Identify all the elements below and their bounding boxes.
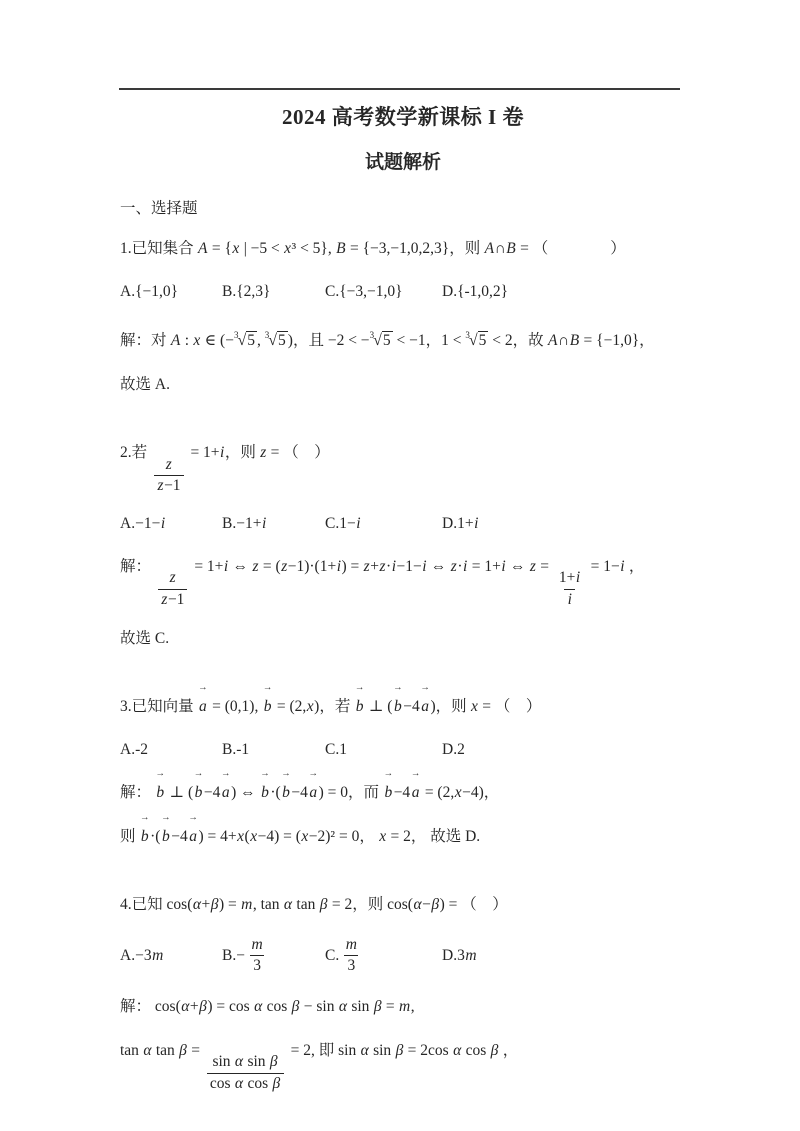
option: D.3m <box>442 944 686 968</box>
vector: →a <box>220 778 231 808</box>
text-run: 2.若 <box>120 444 151 461</box>
text-run: B. <box>222 512 236 536</box>
math-run: tan α tan β = <box>120 1042 204 1059</box>
fraction: m3 <box>248 936 266 976</box>
fraction: sin α sin βcos α cos β <box>207 1053 284 1093</box>
math-run: x = 2 <box>379 828 411 845</box>
vector-letter: b <box>194 784 203 801</box>
question-stem: 4.已知 cos(α+β) = m, tan α tan β = 2，则 cos… <box>120 890 686 920</box>
denominator: cos α cos β <box>207 1073 284 1094</box>
math-run: {-1,0,2} <box>457 280 508 304</box>
text-run: ， <box>426 332 442 349</box>
header-rule <box>119 88 680 90</box>
text-run: 故选 C. <box>120 630 169 647</box>
denominator: z−1 <box>154 475 184 496</box>
math-run: −1+i <box>236 512 267 536</box>
text-run: A.-2 <box>120 738 148 762</box>
text-run: 解： <box>120 784 155 801</box>
math-run: = 1+i <box>187 444 225 461</box>
math-run: , <box>257 332 265 349</box>
text-run: 故选 A. <box>120 376 170 393</box>
math-run: < −1 <box>393 332 426 349</box>
math-run: 1 < <box>441 332 465 349</box>
math-run: cos(α+β) = m, tan α tan β = 2 <box>167 896 353 913</box>
solution-line: 解： →b ⊥ (→b−4→a) ⇔ →b·(→b−4→a) = 0，而 →b−… <box>120 778 686 808</box>
radicand: 5 <box>478 331 489 349</box>
vector: →a <box>420 692 431 722</box>
question-block: 3.已知向量 →a = (0,1), →b = (2,x)，若 →b ⊥ (→b… <box>120 692 686 852</box>
numerator: m <box>342 936 360 956</box>
text-run: ，且 <box>293 332 328 349</box>
vector-arrow-icon: → <box>220 770 231 780</box>
vector-letter: b <box>393 698 402 715</box>
math-run: {2,3} <box>236 280 270 304</box>
radicand: 5 <box>382 331 393 349</box>
solution-line: 解： cos(α+β) = cos α cos β − sin α sin β … <box>120 992 686 1022</box>
math-run: sin α sin β = 2cos α cos β <box>338 1042 499 1059</box>
page-title: 2024 高考数学新课标 I 卷 <box>120 102 686 132</box>
document-page: 2024 高考数学新课标 I 卷 试题解析 一、选择题 1.已知集合 A = {… <box>0 0 800 1131</box>
text-run: ， <box>625 558 644 575</box>
math-run: = 1−i <box>587 558 625 575</box>
vector-letter: b <box>384 784 393 801</box>
text-run: C. <box>325 512 339 536</box>
fraction: zz−1 <box>154 456 184 496</box>
vector-arrow-icon: → <box>262 684 273 694</box>
vector: →b <box>383 778 394 808</box>
numerator: z <box>166 569 179 589</box>
vector: →b <box>155 778 166 808</box>
option: B.-1 <box>222 738 325 762</box>
vector-arrow-icon: → <box>281 770 292 780</box>
math-run: −3m <box>135 944 164 968</box>
numerator: 1+i <box>556 569 584 589</box>
solution-line: tan α tan β = sin α sin βcos α cos β = 2… <box>120 1036 686 1094</box>
text-run: ，故 <box>513 332 548 349</box>
option: C.{−3,−1,0} <box>325 280 442 304</box>
math-run: 1−i <box>339 512 361 536</box>
text-run: D. <box>442 280 457 304</box>
math-run: = 2, <box>287 1042 315 1059</box>
text-run: C. <box>325 944 339 968</box>
radicand: 5 <box>246 331 257 349</box>
vector-arrow-icon: → <box>139 814 150 824</box>
option: B.−m3 <box>222 936 325 976</box>
math-run: −2 < − <box>328 332 370 349</box>
vector: →b <box>139 822 150 852</box>
solution-line: 解： zz−1 = 1+i ⇔ z = (z−1)·(1+i) = z+z·i−… <box>120 552 686 610</box>
vector-arrow-icon: → <box>160 814 171 824</box>
options-row: A.−3mB.−m3C.m3D.3m <box>120 936 686 976</box>
denominator: z−1 <box>158 589 188 610</box>
question-block: 1.已知集合 A = {x | −5 < x³ < 5}, B = {−3,−1… <box>120 234 686 400</box>
math-run: x = <box>471 698 492 715</box>
denominator: 3 <box>344 955 358 976</box>
option: A.−3m <box>120 944 222 968</box>
text-run: A. <box>120 944 135 968</box>
option: C.1 <box>325 738 442 762</box>
vector-arrow-icon: → <box>354 684 365 694</box>
text-run: B.-1 <box>222 738 249 762</box>
text-run: C. <box>325 280 339 304</box>
text-run: A. <box>120 280 135 304</box>
numerator: sin α sin β <box>209 1053 281 1073</box>
vector: →a <box>410 778 421 808</box>
vector-letter: b <box>261 784 270 801</box>
text-run: ，若 <box>319 698 354 715</box>
option: B.−1+i <box>222 512 325 536</box>
cube-root: 3√5 <box>265 320 288 356</box>
question-block: 2.若 zz−1 = 1+i，则 z = （ ）A.−1−iB.−1+iC.1−… <box>120 438 686 654</box>
text-run: D.2 <box>442 738 465 762</box>
math-run: ·( <box>150 828 160 845</box>
vector-letter: a <box>221 784 230 801</box>
option: D.2 <box>442 738 686 762</box>
text-run: D. <box>442 944 457 968</box>
math-run: A∩B = {−1,0} <box>548 332 640 349</box>
math-run: −4 <box>394 784 411 801</box>
radicand: 5 <box>277 331 288 349</box>
math-run: 3m <box>457 944 477 968</box>
math-run: ⊥ ( <box>365 698 393 715</box>
math-run: 1+i <box>457 512 479 536</box>
solution-line: 解：对 A : x ∈ (−3√5, 3√5)，且 −2 < −3√5 < −1… <box>120 320 686 356</box>
numerator: m <box>248 936 266 956</box>
vector-arrow-icon: → <box>410 770 421 780</box>
vector: →b <box>193 778 204 808</box>
vector-arrow-icon: → <box>155 770 166 780</box>
vector: →b <box>281 778 292 808</box>
math-run: A = {x | −5 < x³ < 5}, B = {−3,−1,0,2,3} <box>198 240 450 257</box>
vector-arrow-icon: → <box>392 684 403 694</box>
vector: →b <box>354 692 365 722</box>
math-run: = 1+i ⇔ z = (z−1)·(1+i) = z+z·i−1−i ⇔ z·… <box>190 558 552 575</box>
text-run: ， 故选 D. <box>411 828 480 845</box>
text-run: 4.已知 <box>120 896 167 913</box>
vector-letter: a <box>421 698 430 715</box>
math-run: cos(α−β) = <box>387 896 457 913</box>
vector-letter: b <box>355 698 364 715</box>
text-run: ，则 <box>352 896 387 913</box>
vector-arrow-icon: → <box>198 684 209 694</box>
text-run: 解：对 <box>120 332 170 349</box>
options-row: A.{−1,0}B.{2,3}C.{−3,−1,0}D.{-1,0,2} <box>120 280 686 304</box>
math-run: ) = 4+x(x−4) = (x−2)² = 0 <box>198 828 359 845</box>
math-run: = (0,1), <box>208 698 262 715</box>
math-run: −1−i <box>135 512 166 536</box>
denominator: i <box>564 589 575 610</box>
solution-line: 故选 A. <box>120 370 686 400</box>
radical-sign: √ <box>469 332 478 349</box>
vector-letter: b <box>140 828 149 845</box>
option: A.−1−i <box>120 512 222 536</box>
text-run: 解： <box>120 998 155 1015</box>
vector: →b <box>260 778 271 808</box>
vector-arrow-icon: → <box>308 770 319 780</box>
question-stem: 2.若 zz−1 = 1+i，则 z = （ ） <box>120 438 686 496</box>
radical-sign: √ <box>373 332 382 349</box>
math-run: = (2,x) <box>273 698 319 715</box>
numerator: z <box>162 456 175 476</box>
text-run: ， <box>484 784 500 801</box>
text-run: A. <box>120 512 135 536</box>
text-run: ，而 <box>348 784 383 801</box>
option: A.{−1,0} <box>120 280 222 304</box>
text-run: （ ） <box>279 444 329 461</box>
option: D.1+i <box>442 512 686 536</box>
question-stem: 3.已知向量 →a = (0,1), →b = (2,x)，若 →b ⊥ (→b… <box>120 692 686 722</box>
math-run: − <box>236 944 245 968</box>
math-run: cos(α+β) = cos α cos β − sin α sin β = m… <box>155 998 415 1015</box>
radical-sign: √ <box>237 332 246 349</box>
text-run: ，则 <box>225 444 260 461</box>
vector-letter: b <box>282 784 291 801</box>
math-run: A : x ∈ (− <box>170 332 234 349</box>
vector: →a <box>188 822 199 852</box>
option: B.{2,3} <box>222 280 325 304</box>
math-run: −4 <box>204 784 221 801</box>
vector-arrow-icon: → <box>420 684 431 694</box>
text-run: ，则 <box>449 240 484 257</box>
math-run: < 2 <box>488 332 512 349</box>
text-run: （ ） <box>491 698 541 715</box>
solution-line: 则 →b·(→b−4→a) = 4+x(x−4) = (x−2)² = 0， x… <box>120 822 686 852</box>
option: C.m3 <box>325 936 442 976</box>
cube-root: 3√5 <box>234 320 257 356</box>
text-run: 则 <box>120 828 139 845</box>
text-run: 即 <box>315 1042 338 1059</box>
math-run: ) = 0 <box>319 784 348 801</box>
vector-letter: a <box>411 784 420 801</box>
vector: →b <box>392 692 403 722</box>
question-block: 4.已知 cos(α+β) = m, tan α tan β = 2，则 cos… <box>120 890 686 1094</box>
vector-letter: a <box>309 784 318 801</box>
vector: →b <box>262 692 273 722</box>
option: A.-2 <box>120 738 222 762</box>
option: D.{-1,0,2} <box>442 280 686 304</box>
text-run: ， <box>359 828 378 845</box>
vector: →a <box>198 692 209 722</box>
denominator: 3 <box>250 955 264 976</box>
text-run: （ ） <box>457 896 507 913</box>
text-run: ，则 <box>436 698 471 715</box>
vector-arrow-icon: → <box>193 770 204 780</box>
vector-arrow-icon: → <box>188 814 199 824</box>
vector: →a <box>308 778 319 808</box>
vector-letter: b <box>156 784 165 801</box>
math-run: = (2,x−4) <box>421 784 484 801</box>
vector-letter: a <box>189 828 198 845</box>
document-content: 2024 高考数学新课标 I 卷 试题解析 一、选择题 1.已知集合 A = {… <box>120 100 686 1131</box>
questions-list: 1.已知集合 A = {x | −5 < x³ < 5}, B = {−3,−1… <box>120 234 686 1094</box>
solution-line: 故选 C. <box>120 624 686 654</box>
vector-arrow-icon: → <box>260 770 271 780</box>
vector-letter: a <box>199 698 208 715</box>
math-run: A∩B = <box>484 240 529 257</box>
text-run: C.1 <box>325 738 347 762</box>
math-run: ·( <box>270 784 280 801</box>
vector: →b <box>160 822 171 852</box>
text-run: 1.已知集合 <box>120 240 198 257</box>
section-heading: 一、选择题 <box>120 198 686 220</box>
option: C.1−i <box>325 512 442 536</box>
vector-letter: b <box>161 828 170 845</box>
text-run: D. <box>442 512 457 536</box>
page-subtitle: 试题解析 <box>120 150 686 176</box>
text-run: 3.已知向量 <box>120 698 198 715</box>
radical-sign: √ <box>268 332 277 349</box>
text-run: B. <box>222 944 236 968</box>
math-run: −4 <box>403 698 420 715</box>
vector-arrow-icon: → <box>383 770 394 780</box>
cube-root: 3√5 <box>370 320 393 356</box>
fraction: zz−1 <box>158 569 188 609</box>
text-run: B. <box>222 280 236 304</box>
text-run: （ ） <box>529 240 626 257</box>
math-run: {−1,0} <box>135 280 178 304</box>
math-run: −4 <box>171 828 188 845</box>
fraction: m3 <box>342 936 360 976</box>
vector-letter: b <box>263 698 272 715</box>
math-run: {−3,−1,0} <box>339 280 402 304</box>
math-run: ) ⇔ <box>231 784 259 801</box>
question-stem: 1.已知集合 A = {x | −5 < x³ < 5}, B = {−3,−1… <box>120 234 686 264</box>
text-run: ， <box>639 332 655 349</box>
math-run: −4 <box>291 784 308 801</box>
text-run: 解： <box>120 558 155 575</box>
options-row: A.-2B.-1C.1D.2 <box>120 738 686 762</box>
options-row: A.−1−iB.−1+iC.1−iD.1+i <box>120 512 686 536</box>
fraction: 1+ii <box>556 569 584 609</box>
text-run: ， <box>499 1042 518 1059</box>
cube-root: 3√5 <box>465 320 488 356</box>
math-run: ⊥ ( <box>166 784 194 801</box>
math-run: z = <box>260 444 280 461</box>
